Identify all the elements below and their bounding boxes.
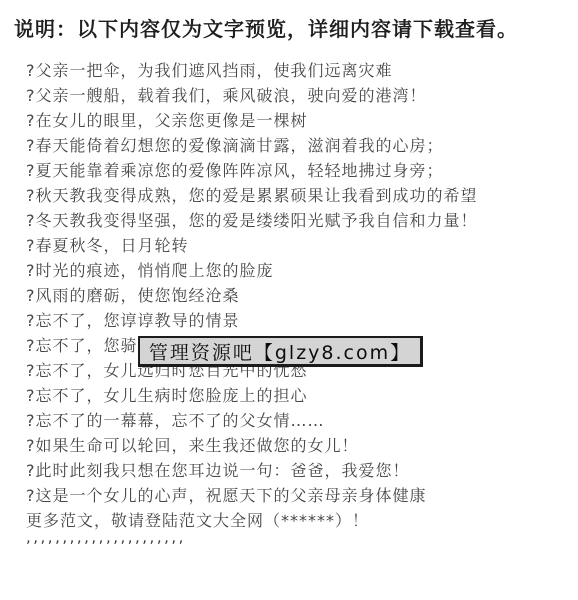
- text-line: ?风雨的磨砺，使您饱经沧桑: [26, 283, 566, 308]
- text-line: ?忘不了，您谆谆教导的情景: [26, 308, 566, 333]
- preview-text-body: ?父亲一把伞，为我们遮风挡雨，使我们远离灾难 ?父亲一艘船，载着我们，乘风破浪，…: [26, 58, 566, 558]
- text-line: ?春天能倚着幻想您的爱像滴滴甘露，滋润着我的心房；: [26, 133, 566, 158]
- text-line: ?秋天教我变得成熟，您的爱是累累硕果让我看到成功的希望: [26, 183, 566, 208]
- text-line: ?父亲一艘船，载着我们，乘风破浪，驶向爱的港湾！: [26, 83, 566, 108]
- text-line: ?在女儿的眼里，父亲您更像是一棵树: [26, 108, 566, 133]
- text-line: ?夏天能靠着乘凉您的爱像阵阵凉风，轻轻地拂过身旁；: [26, 158, 566, 183]
- text-line: ?时光的痕迹，悄悄爬上您的脸庞: [26, 258, 566, 283]
- document-preview: 说明：以下内容仅为文字预览，详细内容请下载查看。 ?父亲一把伞，为我们遮风挡雨，…: [0, 0, 578, 600]
- text-line: ?这是一个女儿的心声，祝愿天下的父亲母亲身体健康: [26, 483, 566, 508]
- text-line: ?此时此刻我只想在您耳边说一句：爸爸，我爱您！: [26, 458, 566, 483]
- watermark-stamp: 管理资源吧【glzy8.com】: [138, 336, 423, 367]
- text-line: ?忘不了的一幕幕，忘不了的父女情……: [26, 408, 566, 433]
- text-line: ?如果生命可以轮回，来生我还做您的女儿！: [26, 433, 566, 458]
- text-line: ?冬天教我变得坚强，您的爱是缕缕阳光赋予我自信和力量！: [26, 208, 566, 233]
- text-line: ?忘不了，女儿生病时您脸庞上的担心: [26, 383, 566, 408]
- text-line: ?父亲一把伞，为我们遮风挡雨，使我们远离灾难: [26, 58, 566, 83]
- watermark-text: 管理资源吧【glzy8.com】: [149, 338, 411, 365]
- text-line: ?春夏秋冬，日月轮转: [26, 233, 566, 258]
- trailing-dots: ,,,,,,,,,,,,,,,,,,,,,,: [26, 528, 186, 546]
- dots-line: ,,,,,,,,,,,,,,,,,,,,,,: [26, 533, 566, 558]
- preview-notice: 说明：以下内容仅为文字预览，详细内容请下载查看。: [14, 13, 518, 42]
